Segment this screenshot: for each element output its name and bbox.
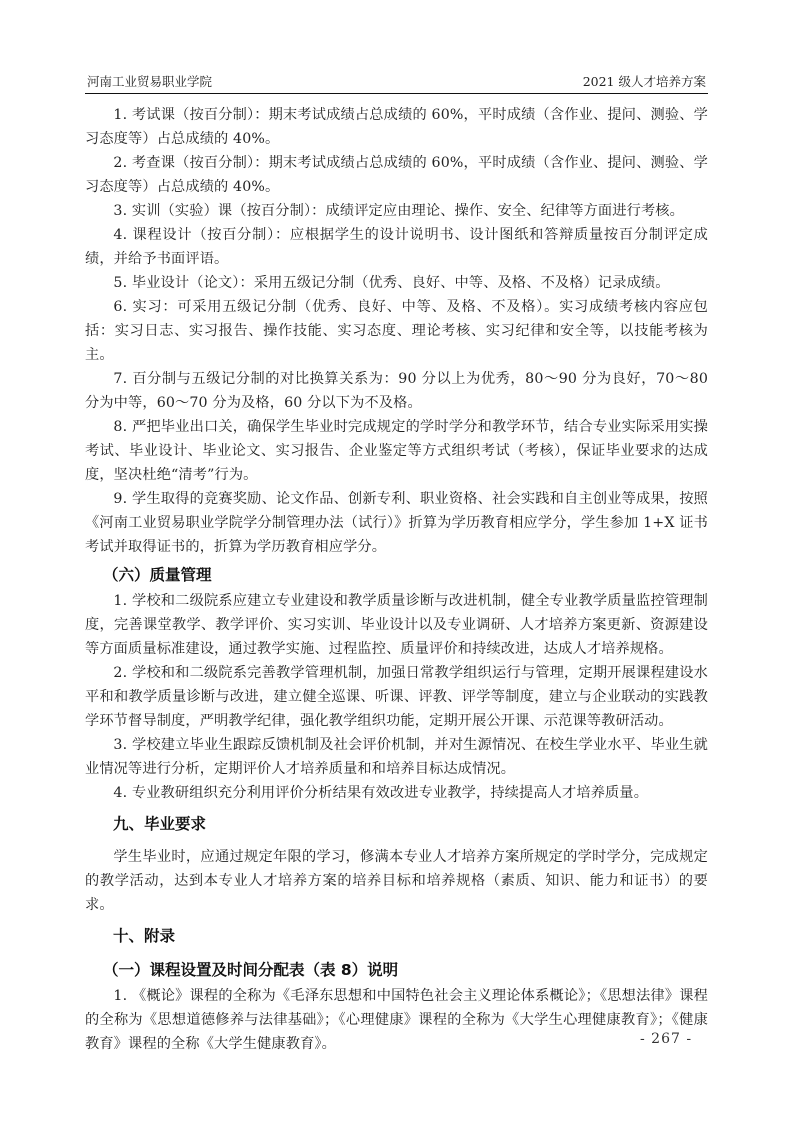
assessment-item-4: 4. 课程设计（按百分制）：应根据学生的设计说明书、设计图纸和答辩质量按百分制评… [85,223,708,271]
assessment-item-5: 5. 毕业设计（论文）：采用五级记分制（优秀、良好、中等、及格、不及格）记录成绩… [85,271,708,295]
page-header: 河南工业贸易职业学院 2021 级人才培养方案 [85,74,708,94]
graduation-requirements-heading: 九、毕业要求 [113,811,708,837]
graduation-requirements-text: 学生毕业时，应通过规定年限的学习，修满本专业人才培养方案所规定的学时学分，完成规… [85,845,708,917]
quality-item-1: 1. 学校和二级院系应建立专业建设和教学质量诊断与改进机制，健全专业教学质量监控… [85,589,708,661]
quality-item-4: 4. 专业教研组织充分利用评价分析结果有效改进专业教学，持续提高人才培养质量。 [85,781,708,805]
assessment-item-1: 1. 考试课（按百分制）：期末考试成绩占总成绩的 60%，平时成绩（含作业、提问… [85,103,708,151]
assessment-item-9: 9. 学生取得的竞赛奖励、论文作品、创新专利、职业资格、社会实践和自主创业等成果… [85,487,708,559]
assessment-item-7: 7. 百分制与五级记分制的对比换算关系为：90 分以上为优秀，80～90 分为良… [85,367,708,415]
quality-item-2: 2. 学校和和二级院系完善教学管理机制，加强日常教学组织运行与管理，定期开展课程… [85,661,708,733]
assessment-item-2: 2. 考查课（按百分制）：期末考试成绩占总成绩的 60%，平时成绩（含作业、提问… [85,151,708,199]
page-content: 1. 考试课（按百分制）：期末考试成绩占总成绩的 60%，平时成绩（含作业、提问… [85,103,708,1056]
assessment-item-8: 8. 严把毕业出口关，确保学生毕业时完成规定的学时学分和教学环节，结合专业实际采… [85,415,708,487]
appendix-heading: 十、附录 [113,923,708,949]
quality-item-3: 3. 学校建立毕业生跟踪反馈机制及社会评价机制，并对生源情况、在校生学业水平、毕… [85,733,708,781]
appendix-item-1: 1. 《概论》课程的全称为《毛泽东思想和中国特色社会主义理论体系概论》；《思想法… [85,984,708,1056]
header-document-title: 2021 级人才培养方案 [583,74,706,90]
page-number: - 267 - [640,1031,692,1047]
assessment-item-3: 3. 实训（实验）课（按百分制）：成绩评定应由理论、操作、安全、纪律等方面进行考… [85,199,708,223]
quality-management-heading: （六）质量管理 [103,562,708,588]
header-institution: 河南工业贸易职业学院 [87,74,212,90]
course-schedule-heading: （一）课程设置及时间分配表（表 8）说明 [103,957,708,983]
assessment-item-6: 6. 实习：可采用五级记分制（优秀、良好、中等、及格、不及格）。实习成绩考核内容… [85,295,708,367]
